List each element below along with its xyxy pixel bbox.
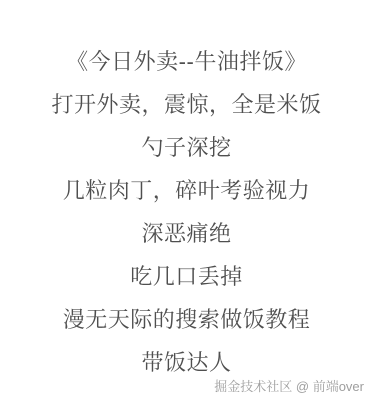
poem-line: 勺子深挖 <box>0 126 373 169</box>
poem-line: 几粒肉丁，碎叶考验视力 <box>0 169 373 212</box>
poem-text-block: 《今日外卖--牛油拌饭》 打开外卖，震惊，全是米饭 勺子深挖 几粒肉丁，碎叶考验… <box>0 40 373 384</box>
poem-title: 《今日外卖--牛油拌饭》 <box>0 40 373 83</box>
poem-line: 深恶痛绝 <box>0 212 373 255</box>
page: 《今日外卖--牛油拌饭》 打开外卖，震惊，全是米饭 勺子深挖 几粒肉丁，碎叶考验… <box>0 0 373 401</box>
poem-line: 漫无天际的搜索做饭教程 <box>0 298 373 341</box>
poem-line: 带饭达人 <box>0 341 373 384</box>
watermark: 掘金技术社区 @ 前端over <box>214 379 364 394</box>
poem-line: 吃几口丢掉 <box>0 255 373 298</box>
poem-line: 打开外卖，震惊，全是米饭 <box>0 83 373 126</box>
